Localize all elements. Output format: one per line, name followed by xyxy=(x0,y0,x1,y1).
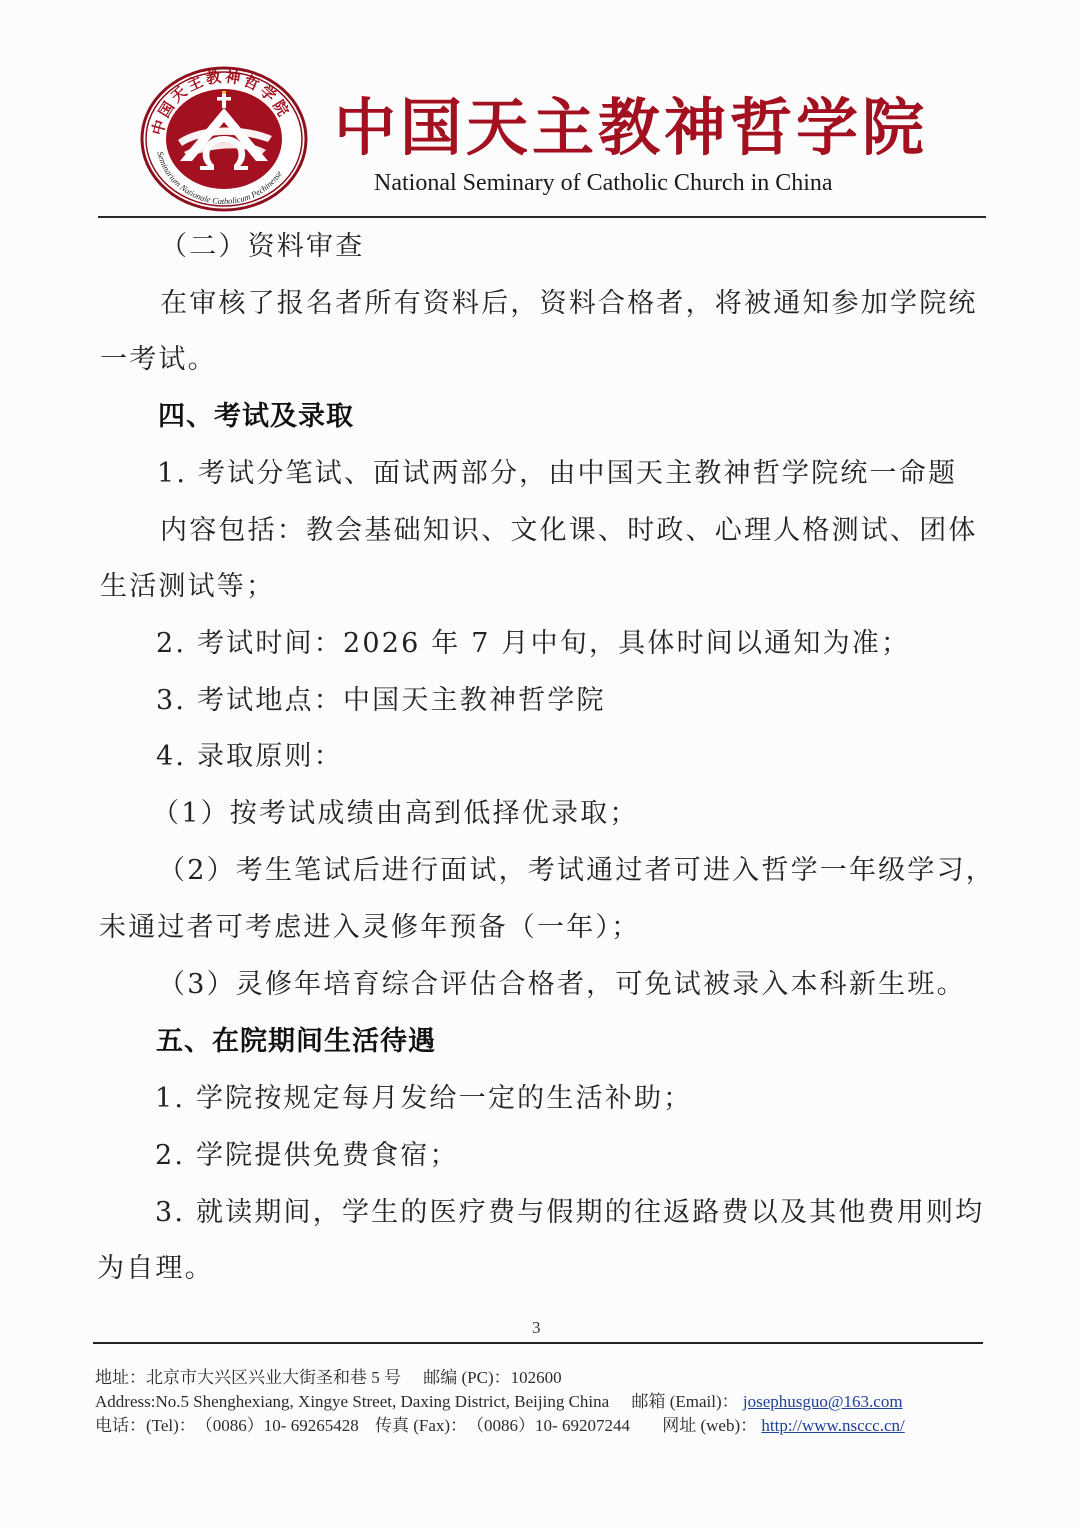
letterhead: 中国天主教神哲学院 Seminarium Nationale Catholicu… xyxy=(0,0,1080,220)
web-label: 网址 (web)： xyxy=(662,1414,757,1438)
institution-name-english: National Seminary of Catholic Church in … xyxy=(374,168,833,198)
list-item: 1. 考试分笔试、面试两部分，由中国天主教神哲学院统一命题 xyxy=(157,456,957,492)
paragraph-line: 未通过者可考虑进入灵修年预备（一年）； xyxy=(99,910,640,946)
footer-divider xyxy=(93,1342,983,1344)
tel-value: （0086）10- 69265428 xyxy=(196,1414,359,1438)
email-label: 邮箱 (Email)： xyxy=(631,1390,738,1414)
sub-list-item: （1）按考试成绩由高到低择优录取； xyxy=(152,796,639,832)
list-item: 3. 就读期间，学生的医疗费与假期的往返路费以及其他费用则均 xyxy=(155,1195,984,1231)
page-number: 3 xyxy=(532,1318,541,1338)
website-link[interactable]: http://www.nsccc.cn/ xyxy=(761,1416,904,1435)
paragraph-line: 内容包括：教会基础知识、文化课、时政、心理人格测试、团体 xyxy=(160,513,978,549)
seal-emblem-icon: 中国天主教神哲学院 Seminarium Nationale Catholicu… xyxy=(140,66,308,212)
sub-list-item: （3）灵修年培育综合评估合格者，可免试被录入本科新生班。 xyxy=(158,967,966,1003)
footer-phone-row: 电话：(Tel)：（0086）10- 69265428 传真 (Fax)：（00… xyxy=(95,1414,995,1438)
section-heading-exam-admission: 四、考试及录取 xyxy=(158,399,354,435)
section-heading-living-benefits: 五、在院期间生活待遇 xyxy=(156,1024,436,1060)
list-item: 4. 录取原则： xyxy=(156,739,343,775)
list-item: 2. 考试时间：2026 年 7 月中旬，具体时间以通知为准； xyxy=(156,626,910,662)
footer-address-cn-row: 地址：北京市大兴区兴业大街圣和巷 5 号 邮编 (PC)：102600 xyxy=(95,1366,995,1390)
institution-name-chinese: 中国天主教神哲学院 xyxy=(334,92,928,164)
paragraph-line: 一考试。 xyxy=(100,342,217,378)
fax-value: （0086）10- 69207244 xyxy=(467,1414,630,1438)
postcode-label: 邮编 (PC)： xyxy=(423,1366,510,1390)
tel-label: 电话：(Tel)： xyxy=(95,1414,196,1438)
list-item: 3. 考试地点：中国天主教神哲学院 xyxy=(156,683,606,719)
paragraph-line: 在审核了报名者所有资料后，资料合格者，将被通知参加学院统 xyxy=(160,286,978,322)
email-link[interactable]: josephusguo@163.com xyxy=(743,1392,903,1411)
address-cn-label: 地址： xyxy=(95,1366,146,1390)
postcode-value: 102600 xyxy=(511,1366,562,1390)
subheading-document-review: （二）资料审查 xyxy=(160,229,364,265)
paragraph-line: 为自理。 xyxy=(97,1251,214,1287)
header-divider xyxy=(98,216,986,218)
list-item: 1. 学院按规定每月发给一定的生活补助； xyxy=(155,1081,692,1117)
fax-label: 传真 (Fax)： xyxy=(375,1414,467,1438)
footer-address-en-row: Address:No.5 Shenghexiang, Xingye Street… xyxy=(95,1390,995,1414)
document-page: 中国天主教神哲学院 Seminarium Nationale Catholicu… xyxy=(0,0,1080,1527)
contact-footer: 地址：北京市大兴区兴业大街圣和巷 5 号 邮编 (PC)：102600 Addr… xyxy=(95,1366,995,1438)
paragraph-line: 生活测试等； xyxy=(100,569,275,605)
list-item: 2. 学院提供免费食宿； xyxy=(155,1138,459,1174)
sub-list-item: （2）考生笔试后进行面试，考试通过者可进入哲学一年级学习， xyxy=(158,853,995,889)
seminary-seal-logo: 中国天主教神哲学院 Seminarium Nationale Catholicu… xyxy=(140,66,308,212)
address-en-label: Address: xyxy=(95,1390,155,1414)
address-cn-value: 北京市大兴区兴业大街圣和巷 5 号 xyxy=(146,1366,401,1390)
address-en-value: No.5 Shenghexiang, Xingye Street, Daxing… xyxy=(155,1390,609,1414)
